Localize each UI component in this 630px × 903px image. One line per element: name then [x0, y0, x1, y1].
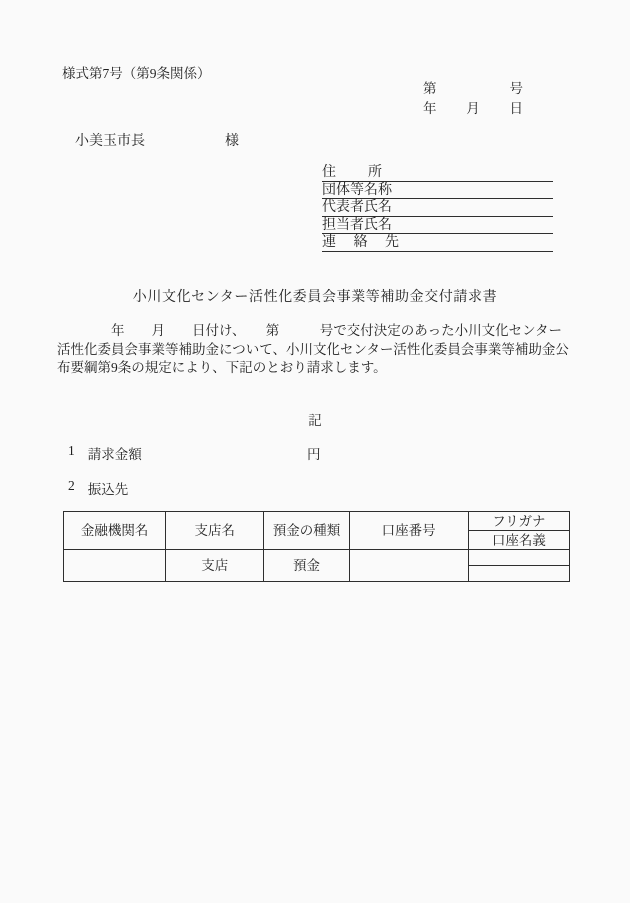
field-label-contact-person-name: 担当者氏名: [322, 218, 392, 233]
addressee-honorific: 様: [225, 130, 239, 150]
header-bank-name: 金融機関名: [64, 512, 166, 550]
cell-account-holder-blank: [468, 566, 569, 582]
amount-unit-yen: 円: [307, 443, 321, 463]
cell-account-number-blank: [349, 550, 468, 582]
address-field-row: 団体等名称: [322, 182, 553, 200]
address-field-row: 担当者氏名: [322, 217, 553, 235]
date-line: 年 月 日: [423, 101, 523, 121]
item-number: 1: [68, 443, 75, 463]
paragraph-line-2: 活性化委員会事業等補助金について、小川文化センター活性化委員会事業等補助金公: [57, 341, 597, 360]
field-label-address: 住所: [322, 165, 382, 180]
cell-deposit-suffix: 預金: [264, 550, 349, 582]
header-account-number: 口座番号: [349, 512, 468, 550]
field-label-organization-name: 団体等名称: [322, 183, 392, 198]
doc-number-suffix: 号: [510, 81, 524, 101]
item-number: 2: [68, 478, 75, 498]
applicant-info-block: 住所 団体等名称 代表者氏名 担当者氏名 連絡先: [322, 164, 553, 252]
header-furigana: フリガナ: [468, 512, 569, 531]
address-field-row: 連絡先: [322, 234, 553, 252]
subsidy-request-form-page: 様式第7号（第9条関係） 第 号 年 月 日 小美玉市長 様 住所 団体等名称 …: [0, 0, 630, 903]
form-number-label: 様式第7号（第9条関係）: [62, 62, 211, 82]
doc-number-line: 第 号: [423, 81, 523, 101]
doc-number-date-block: 第 号 年 月 日: [423, 81, 523, 120]
addressee-line: 小美玉市長 様: [75, 130, 239, 150]
cell-branch-suffix: 支店: [166, 550, 264, 582]
address-field-row: 代表者氏名: [322, 199, 553, 217]
date-year-label: 年: [423, 101, 437, 121]
field-label-contact-info: 連絡先: [322, 235, 399, 250]
item-label-claim-amount: 請求金額: [88, 443, 142, 463]
addressee-name: 小美玉市長: [75, 130, 145, 150]
header-deposit-type: 預金の種類: [264, 512, 349, 550]
item-transfer-destination: 2 振込先: [68, 478, 128, 498]
date-day-label: 日: [510, 101, 524, 121]
header-account-holder: 口座名義: [468, 531, 569, 550]
header-branch-name: 支店名: [166, 512, 264, 550]
cell-furigana-blank: [468, 550, 569, 566]
doc-number-prefix: 第: [423, 81, 437, 101]
field-label-representative-name: 代表者氏名: [322, 200, 392, 215]
record-marker: 記: [0, 409, 630, 429]
item-label-transfer-destination: 振込先: [88, 478, 129, 498]
cell-bank-name-blank: [64, 550, 166, 582]
bank-account-table: 金融機関名 支店名 預金の種類 口座番号 フリガナ 口座名義 支店 預金: [63, 511, 570, 582]
document-title: 小川文化センター活性化委員会事業等補助金交付請求書: [0, 286, 630, 306]
address-field-row: 住所: [322, 164, 553, 182]
paragraph-line-3: 布要綱第9条の規定により、下記のとおり請求します。: [57, 359, 597, 378]
date-month-label: 月: [466, 101, 480, 121]
paragraph-line-1: 年 月 日付け、 第 号で交付決定のあった小川文化センター: [57, 322, 597, 341]
body-paragraph: 年 月 日付け、 第 号で交付決定のあった小川文化センター 活性化委員会事業等補…: [57, 322, 597, 378]
item-claim-amount: 1 請求金額: [68, 443, 142, 463]
